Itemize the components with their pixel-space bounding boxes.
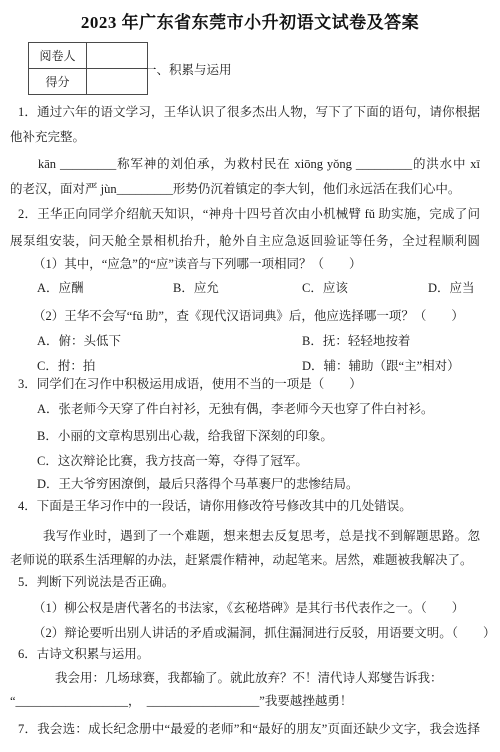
q4-paragraph-line-1: 我写作业时，遇到了一个难题，想来想去反复思考，总是找不到解题思路。忽然，想起 [43, 524, 480, 549]
q7-stem-line-1: 7．我会选：成长纪念册中“最爱的老师”和“最好的朋友”页面还缺少文字，我会选择合 [18, 717, 480, 742]
grader-row: 阅卷人 [29, 43, 148, 69]
q2-stem-line-1: 2．王华正向同学介绍航天知识，“神舟十四号首次由小机械臂 fǔ 助实施，完成了问… [18, 202, 480, 227]
q2-sub1-option-c: C．应该 [302, 276, 348, 301]
score-row: 得分 [29, 69, 148, 95]
grader-value-cell [87, 43, 148, 69]
q2-sub2-option-a: A．俯：头低下 [37, 329, 121, 354]
q2-stem-line-2: 展泵组安装，问天舱全景相机抬升，舱外自主应急返回验证等任务，全过程顺利圆满。” [10, 229, 480, 254]
q1-stem-line-2: 他补充完整。 [10, 125, 85, 150]
exam-paper-page: 2023 年广东省东莞市小升初语文试卷及答案 阅卷人 得分 一、积累与运用 1．… [0, 0, 500, 752]
q6-prompt-line: 我会用：几场球赛，我都输了。就此放弃？不！清代诗人郑燮告诉我： [55, 666, 443, 691]
q3-option-c: C．这次辩论比赛，我方技高一筹，夺得了冠军。 [37, 449, 308, 474]
q5-sub1: （1）柳公权是唐代著名的书法家，《玄秘塔碑》是其行书代表作之一。（ ） [33, 596, 464, 621]
q1-passage-line-2: 的老汉，面对严 jùn_________形势仍沉着镇定的李大钊，他们永远活在我们… [10, 177, 460, 202]
section-1-heading: 一、积累与运用 [144, 60, 232, 78]
grader-label: 阅卷人 [29, 43, 87, 69]
score-value-cell [87, 69, 148, 95]
q3-option-b: B．小丽的文章构思别出心裁，给我留下深刻的印象。 [37, 424, 333, 449]
q2-sub1-option-d: D．应当 [428, 276, 475, 301]
q6-stem: 6．古诗文积累与运用。 [18, 642, 149, 667]
q2-sub2-option-b: B．抚：轻轻地按着 [302, 329, 410, 354]
q5-stem: 5．判断下列说法是否正确。 [18, 570, 174, 595]
q3-stem: 3．同学们在习作中积极运用成语，使用不当的一项是（ ） [18, 372, 362, 397]
q3-option-a: A．张老师今天穿了件白衬衫，无独有偶，李老师今天也穿了件白衬衫。 [37, 397, 434, 422]
score-label: 得分 [29, 69, 87, 95]
q2-sub1-stem: （1）其中，“应急”的“应”读音与下列哪一项相同？（ ） [33, 252, 361, 277]
q2-sub1-option-b: B．应允 [173, 276, 219, 301]
grader-score-table: 阅卷人 得分 [28, 42, 148, 95]
q2-sub1-option-a: A．应酬 [37, 276, 84, 301]
q1-passage-line-1: kān _________称军神的刘伯承，为救村民在 xiōng yǒng __… [38, 152, 480, 177]
q6-blank-line: “__________________， __________________”… [10, 689, 352, 714]
q1-stem-line-1: 1．通过六年的语文学习，王华认识了很多杰出人物，写下了下面的语句，请你根据拼音帮 [18, 100, 480, 125]
q2-sub2-stem: （2）王华不会写“fǔ 助”，查《现代汉语词典》后，他应选择哪一项？（ ） [33, 304, 464, 329]
q4-stem: 4．下面是王华习作中的一段话，请你用修改符号修改其中的几处错误。 [18, 494, 412, 519]
page-title: 2023 年广东省东莞市小升初语文试卷及答案 [0, 8, 500, 33]
